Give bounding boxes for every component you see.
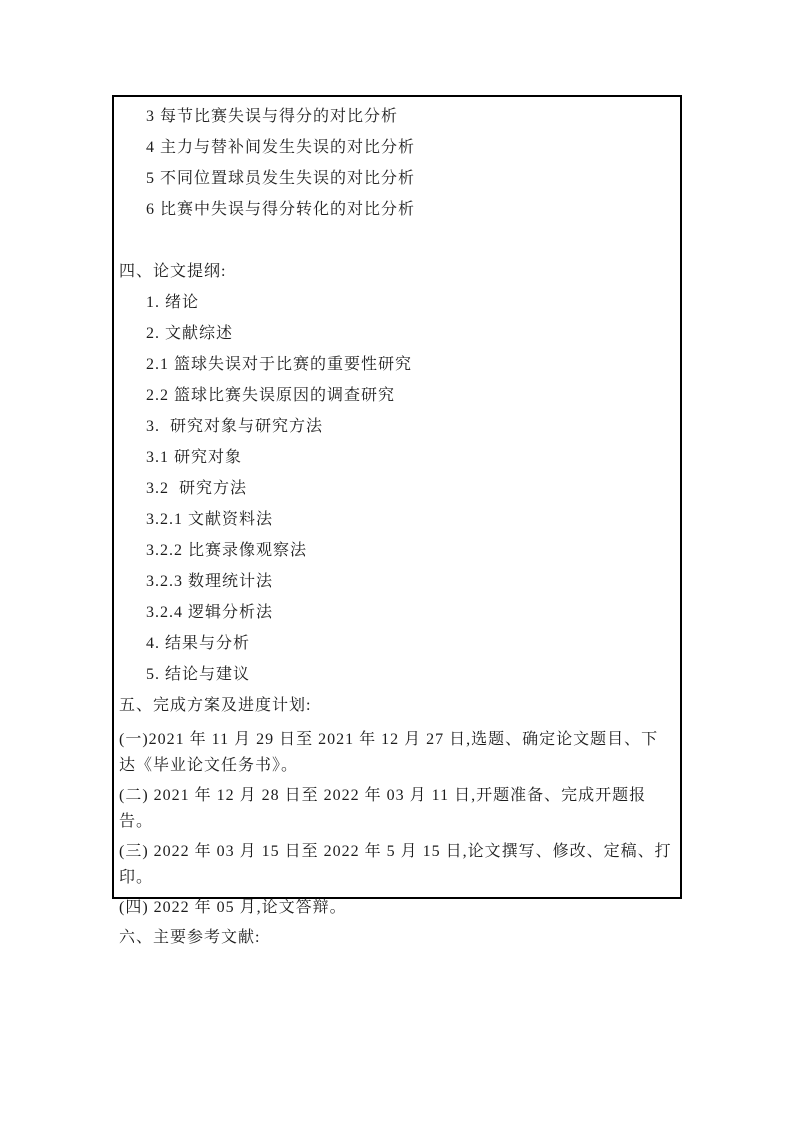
outline-item: 3.2 研究方法 [119, 473, 672, 504]
analysis-item: 4 主力与替补间发生失误的对比分析 [119, 132, 672, 163]
outline-item: 2.1 篮球失误对于比赛的重要性研究 [119, 349, 672, 380]
schedule-item: (一)2021 年 11 月 29 日至 2021 年 12 月 27 日,选题… [119, 727, 672, 779]
schedule-item: (三) 2022 年 03 月 15 日至 2022 年 5 月 15 日,论文… [119, 839, 672, 891]
outline-item: 3. 研究对象与研究方法 [119, 411, 672, 442]
outline-item: 5. 结论与建议 [119, 659, 672, 690]
outline-item: 2. 文献综述 [119, 318, 672, 349]
outline-item: 2.2 篮球比赛失误原因的调查研究 [119, 380, 672, 411]
outline-item: 3.2.2 比赛录像观察法 [119, 535, 672, 566]
analysis-item: 6 比赛中失误与得分转化的对比分析 [119, 194, 672, 225]
references-heading: 六、主要参考文献: [119, 925, 672, 951]
table-cell: 3 每节比赛失误与得分的对比分析 4 主力与替补间发生失误的对比分析 5 不同位… [112, 95, 682, 899]
blank-line [119, 225, 672, 256]
schedule-item: (二) 2021 年 12 月 28 日至 2022 年 03 月 11 日,开… [119, 783, 672, 835]
schedule-heading: 五、完成方案及进度计划: [119, 690, 672, 721]
outline-item: 3.2.3 数理统计法 [119, 566, 672, 597]
outline-item: 4. 结果与分析 [119, 628, 672, 659]
analysis-item: 5 不同位置球员发生失误的对比分析 [119, 163, 672, 194]
analysis-item: 3 每节比赛失误与得分的对比分析 [119, 101, 672, 132]
outline-item: 3.1 研究对象 [119, 442, 672, 473]
schedule-item: (四) 2022 年 05 月,论文答辩。 [119, 895, 672, 921]
outline-item: 3.2.4 逻辑分析法 [119, 597, 672, 628]
outline-item: 3.2.1 文献资料法 [119, 504, 672, 535]
document-page: 3 每节比赛失误与得分的对比分析 4 主力与替补间发生失误的对比分析 5 不同位… [0, 0, 793, 1122]
outline-item: 1. 绪论 [119, 287, 672, 318]
outline-heading: 四、论文提纲: [119, 256, 672, 287]
